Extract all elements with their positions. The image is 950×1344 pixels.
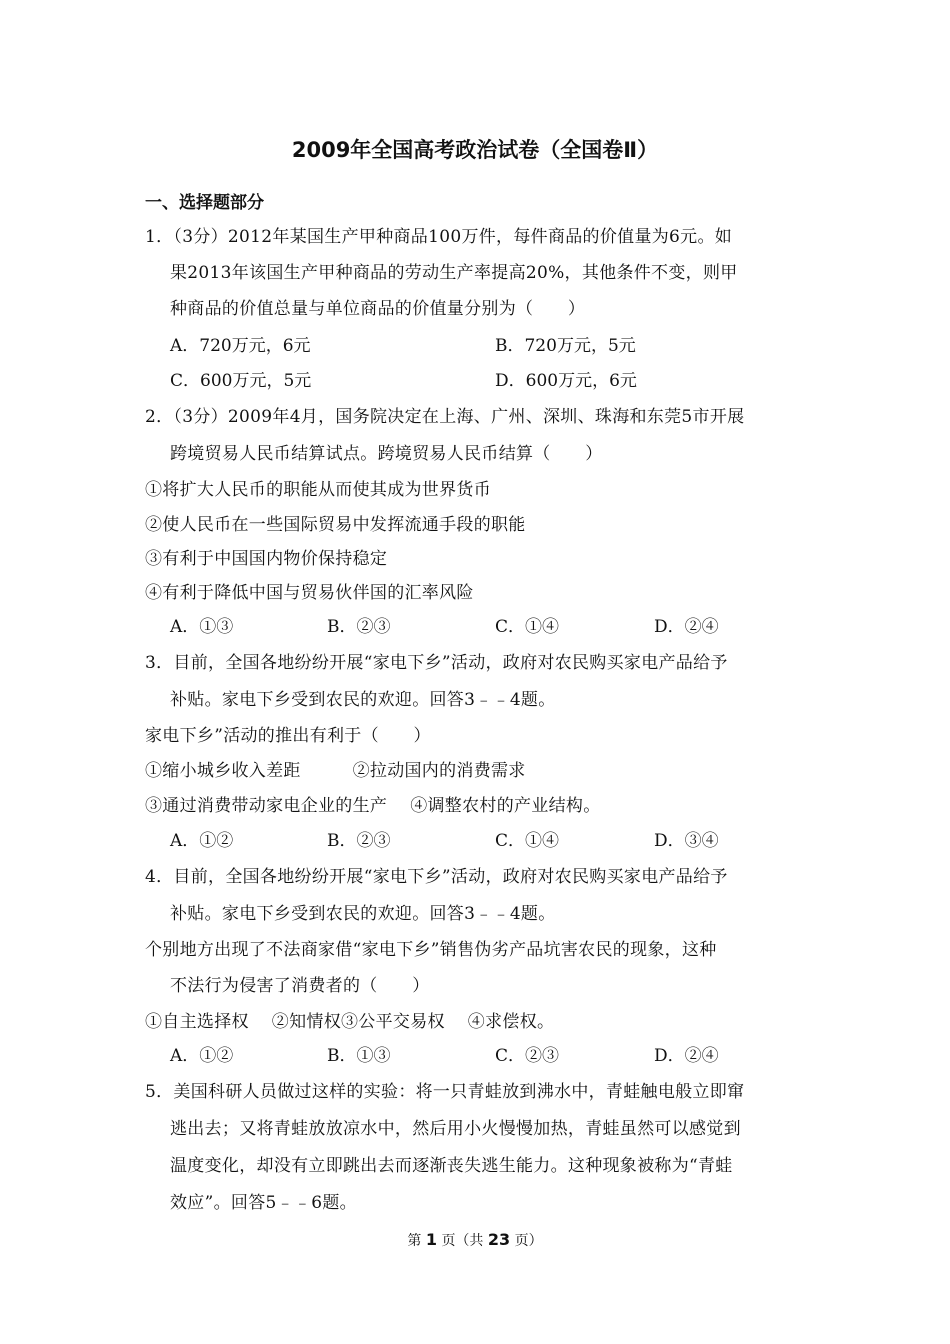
question-5-line-2: 逃出去；又将青蛙放放凉水中，然后用小火慢慢加热，青蛙虽然可以感觉到 bbox=[170, 1114, 741, 1139]
document-page: 2009年全国高考政治试卷（全国卷Ⅱ） 一、选择题部分 1．（3分）2012年某… bbox=[0, 0, 950, 1344]
question-2-line-2: 跨境贸易人民币结算试点。跨境贸易人民币结算（ ） bbox=[170, 439, 603, 464]
question-4-option-a: A．①② bbox=[170, 1041, 233, 1066]
question-2-line-1: 2．（3分）2009年4月，国务院决定在上海、广州、深圳、珠海和东莞5市开展 bbox=[145, 402, 744, 427]
question-3-statement-1: ①缩小城乡收入差距 ②拉动国内的消费需求 bbox=[145, 756, 526, 781]
question-4-line-3: 个别地方出现了不法商家借“家电下乡”销售伪劣产品坑害农民的现象，这种 bbox=[145, 935, 717, 960]
footer-middle: 页（共 bbox=[441, 1233, 483, 1249]
question-2-statement-4: ④有利于降低中国与贸易伙伴国的汇率风险 bbox=[145, 578, 474, 603]
question-3-line-2: 补贴。家电下乡受到农民的欢迎。回答3﹣﹣4题。 bbox=[170, 685, 556, 710]
question-4-option-c: C．②③ bbox=[495, 1041, 559, 1066]
question-1-option-a: A．720万元，6元 bbox=[170, 331, 311, 356]
question-4-line-2: 补贴。家电下乡受到农民的欢迎。回答3﹣﹣4题。 bbox=[170, 899, 556, 924]
question-3-option-d: D．③④ bbox=[654, 826, 719, 851]
total-page-count: 23 bbox=[488, 1230, 510, 1249]
question-1-line-1: 1．（3分）2012年某国生产甲种商品100万件，每件商品的价值量为6元。如 bbox=[145, 222, 732, 247]
question-4-option-b: B．①③ bbox=[327, 1041, 391, 1066]
footer-suffix: 页） bbox=[515, 1233, 543, 1249]
question-4-line-4: 不法行为侵害了消费者的（ ） bbox=[170, 971, 430, 996]
footer-prefix: 第 bbox=[407, 1233, 421, 1249]
question-4-option-d: D．②④ bbox=[654, 1041, 719, 1066]
question-3-option-c: C．①④ bbox=[495, 826, 559, 851]
question-3-statement-2: ③通过消费带动家电企业的生产 ④调整农村的产业结构。 bbox=[145, 791, 601, 816]
question-1-line-2: 果2013年该国生产甲种商品的劳动生产率提高20%，其他条件不变，则甲 bbox=[170, 258, 738, 283]
question-2-option-a: A．①③ bbox=[170, 612, 233, 637]
document-title: 2009年全国高考政治试卷（全国卷Ⅱ） bbox=[0, 134, 950, 164]
question-4-line-1: 4．目前，全国各地纷纷开展“家电下乡”活动，政府对农民购买家电产品给予 bbox=[145, 862, 728, 887]
question-2-option-c: C．①④ bbox=[495, 612, 559, 637]
question-2-statement-1: ①将扩大人民币的职能从而使其成为世界货币 bbox=[145, 475, 491, 500]
question-5-line-1: 5．美国科研人员做过这样的实验：将一只青蛙放到沸水中，青蛙触电般立即窜 bbox=[145, 1077, 744, 1102]
question-2-statement-2: ②使人民币在一些国际贸易中发挥流通手段的职能 bbox=[145, 510, 526, 535]
question-1-option-c: C．600万元，5元 bbox=[170, 366, 311, 391]
question-2-statement-3: ③有利于中国国内物价保持稳定 bbox=[145, 544, 387, 569]
question-4-statement-1: ①自主选择权 ②知情权③公平交易权 ④求偿权。 bbox=[145, 1007, 554, 1032]
current-page-number: 1 bbox=[426, 1230, 437, 1249]
section-heading: 一、选择题部分 bbox=[145, 188, 264, 213]
question-1-line-3: 种商品的价值总量与单位商品的价值量分别为（ ） bbox=[170, 294, 585, 319]
question-1-option-d: D．600万元，6元 bbox=[495, 366, 637, 391]
question-5-line-3: 温度变化，却没有立即跳出去而逐渐丧失逃生能力。这种现象被称为“青蛙 bbox=[170, 1151, 733, 1176]
question-2-option-b: B．②③ bbox=[327, 612, 391, 637]
page-footer: 第 1 页（共 23 页） bbox=[0, 1230, 950, 1250]
question-3-option-b: B．②③ bbox=[327, 826, 391, 851]
question-5-line-4: 效应”。回答5﹣﹣6题。 bbox=[170, 1188, 357, 1213]
question-2-option-d: D．②④ bbox=[654, 612, 719, 637]
question-3-line-1: 3．目前，全国各地纷纷开展“家电下乡”活动，政府对农民购买家电产品给予 bbox=[145, 648, 728, 673]
question-3-option-a: A．①② bbox=[170, 826, 233, 851]
question-3-line-3: 家电下乡”活动的推出有利于（ ） bbox=[145, 721, 431, 746]
question-1-option-b: B．720万元，5元 bbox=[495, 331, 636, 356]
